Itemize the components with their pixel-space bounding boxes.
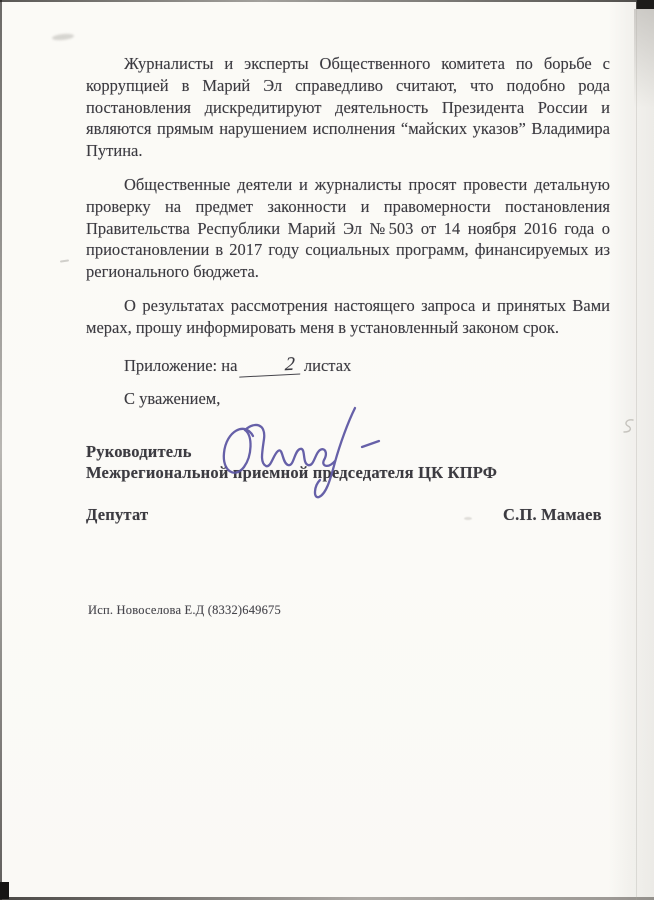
- signer-name: С.П. Мамаев: [503, 504, 602, 526]
- attachment-label: Приложение: на: [124, 356, 237, 375]
- scan-shadow-top-right: [634, 9, 654, 119]
- paper-fold-line: [636, 0, 637, 900]
- attachment-sheet-count-handwritten: 2: [240, 356, 302, 377]
- signature-block: Руководитель Межрегиональной приемной пр…: [86, 441, 610, 526]
- paragraph-committee-opinion: Журналисты и эксперты Общественного коми…: [86, 53, 610, 162]
- paragraph-request-response: О результатах рассмотрения настоящего за…: [86, 295, 610, 339]
- closing-line: С уважением,: [86, 388, 610, 410]
- signer-title-line1: Руководитель: [86, 441, 610, 462]
- scan-dash-mark: [60, 259, 69, 262]
- scan-smudge: [52, 33, 75, 41]
- signer-position: Депутат: [86, 505, 148, 524]
- letter-body: Журналисты и эксперты Общественного коми…: [86, 53, 610, 526]
- scan-edge-left: [0, 0, 2, 900]
- executor-line: Исп. Новоселова Е.Д (8332)649675: [88, 603, 281, 618]
- attachment-suffix: листах: [304, 356, 351, 375]
- scan-squiggle-mark: [620, 417, 636, 435]
- attachment-line: Приложение: на2листах: [86, 355, 610, 377]
- scan-corner-mark-bottom-left: [0, 882, 9, 899]
- paragraph-request-check: Общественные деятели и журналисты просят…: [86, 174, 610, 283]
- scan-edge-top: [0, 0, 654, 2]
- scanned-letter-page: Журналисты и эксперты Общественного коми…: [0, 0, 654, 900]
- signature-row: Депутат С.П. Мамаев: [86, 504, 610, 526]
- signer-title-line2: Межрегиональной приемной председателя ЦК…: [86, 462, 610, 483]
- scan-corner-mark-top-right: [636, 0, 654, 9]
